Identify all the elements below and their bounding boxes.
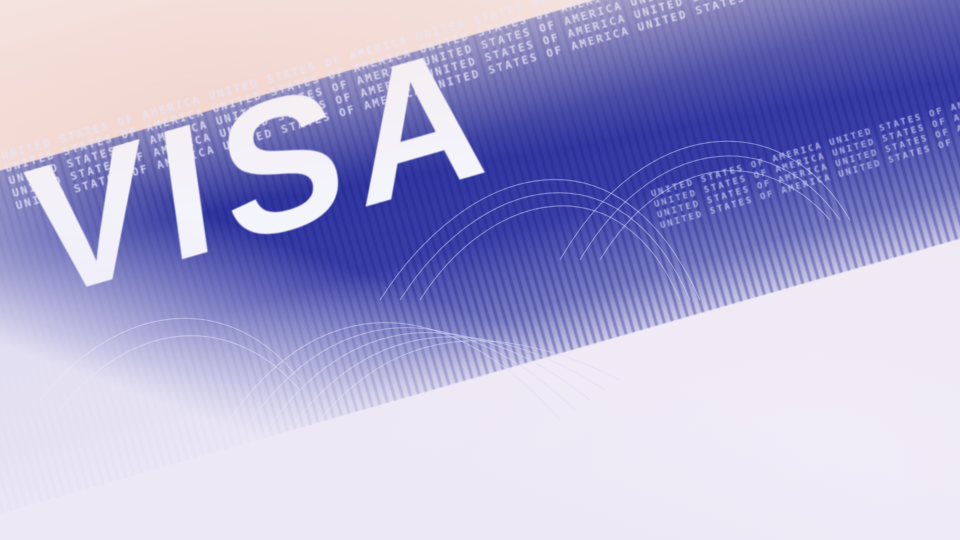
visa-headline: VISA (17, 2, 507, 340)
guilloche-pattern: VISA (0, 0, 960, 540)
visa-word: VISA (17, 2, 507, 340)
visa-photo: UNITED STATES OF AMERICA UNITED STATES O… (0, 0, 960, 540)
